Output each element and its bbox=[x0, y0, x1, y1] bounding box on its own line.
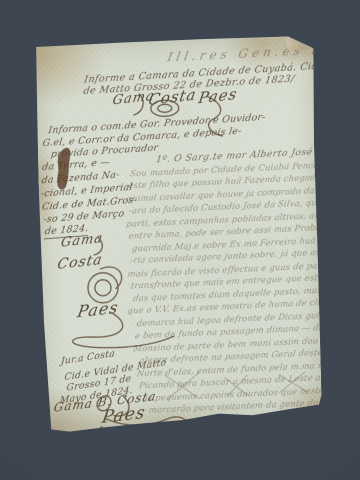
signature-paes-middle: Paes bbox=[76, 297, 120, 321]
folded-corner bbox=[285, 36, 307, 51]
manuscript-page: Ill.res Gen.es Senhorio Informe a Camara… bbox=[35, 36, 322, 432]
photograph-of-manuscript: { "palette":{ "backdrop":"#3d4551", "pap… bbox=[0, 0, 360, 480]
costa-middle-tail bbox=[100, 267, 121, 289]
manuscript-heading-note: Ill.res Gen.es Senhorio bbox=[166, 39, 360, 65]
signature-costa-middle: Costa bbox=[56, 252, 104, 273]
signature-paes-top: Paes bbox=[197, 85, 239, 108]
costa-middle-spiral-inner bbox=[95, 280, 111, 296]
signature-paes-bottom: Paes bbox=[100, 403, 147, 428]
footer-note-line: Jur.a Costa bbox=[61, 348, 116, 367]
